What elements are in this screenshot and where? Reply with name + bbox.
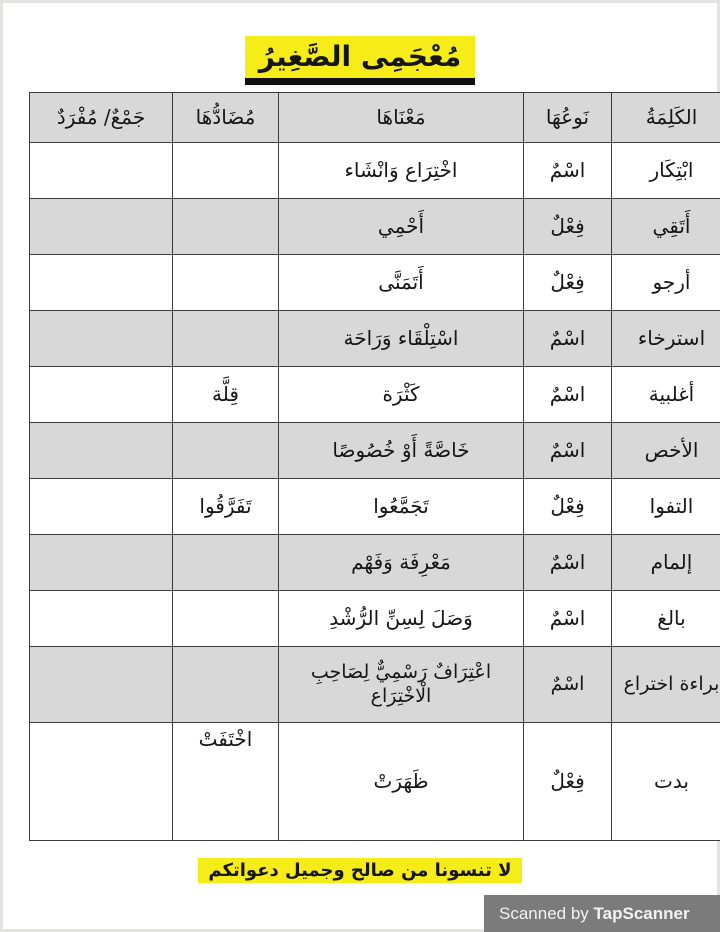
cell-meaning: تَجَمَّعُوا: [279, 479, 524, 535]
header-type: نَوعُهَا: [524, 93, 612, 143]
cell-word: بدت: [612, 723, 720, 841]
table-row: براءة اختراع اسْمٌ اعْتِرَافٌ رَسْمِيٌّ …: [30, 647, 720, 723]
table-header: الكَلِمَةُ نَوعُهَا مَعْنَاهَا مُضَادُّه…: [30, 93, 720, 143]
cell-type: فِعْلٌ: [524, 255, 612, 311]
cell-meaning: خَاصَّةً أَوْ خُصُوصًا: [279, 423, 524, 479]
cell-type: اسْمٌ: [524, 535, 612, 591]
cell-antonym: تَفَرَّقُوا: [173, 479, 279, 535]
cell-meaning: اخْتِرَاع وَانْشَاء: [279, 143, 524, 199]
cell-meaning: اسْتِلْقَاء وَرَاحَة: [279, 311, 524, 367]
table-row: أرجو فِعْلٌ أَتَمَنَّى: [30, 255, 720, 311]
header-row: الكَلِمَةُ نَوعُهَا مَعْنَاهَا مُضَادُّه…: [30, 93, 720, 143]
cell-plural: [30, 479, 173, 535]
cell-antonym: [173, 199, 279, 255]
scanner-watermark-brand: TapScanner: [594, 904, 690, 923]
cell-plural: [30, 311, 173, 367]
scanner-watermark: Scanned by TapScanner: [484, 895, 720, 932]
cell-word: ابْتِكَار: [612, 143, 720, 199]
cell-antonym: [173, 255, 279, 311]
cell-plural: [30, 423, 173, 479]
footer-area: لا تنسونا من صالح وجميل دعواتكم: [0, 858, 720, 883]
cell-word: براءة اختراع: [612, 647, 720, 723]
cell-meaning: وَصَلَ لِسِنِّ الرُّشْدِ: [279, 591, 524, 647]
cell-type: اسْمٌ: [524, 311, 612, 367]
cell-type: اسْمٌ: [524, 143, 612, 199]
cell-word: التفوا: [612, 479, 720, 535]
table-row: ابْتِكَار اسْمٌ اخْتِرَاع وَانْشَاء: [30, 143, 720, 199]
cell-antonym: [173, 311, 279, 367]
cell-plural: [30, 143, 173, 199]
table-body: ابْتِكَار اسْمٌ اخْتِرَاع وَانْشَاء أَتَ…: [30, 143, 720, 841]
cell-word: الأخص: [612, 423, 720, 479]
cell-plural: [30, 367, 173, 423]
cell-antonym: [173, 143, 279, 199]
cell-word: أرجو: [612, 255, 720, 311]
cell-plural: [30, 535, 173, 591]
cell-word: بالغ: [612, 591, 720, 647]
cell-word: أَتَقِي: [612, 199, 720, 255]
cell-type: فِعْلٌ: [524, 723, 612, 841]
table-row: استرخاء اسْمٌ اسْتِلْقَاء وَرَاحَة: [30, 311, 720, 367]
cell-type: فِعْلٌ: [524, 479, 612, 535]
cell-plural: [30, 723, 173, 841]
page-title: مُعْجَمِى الصَّغِيرُ: [245, 36, 476, 85]
cell-meaning: أَحْمِي: [279, 199, 524, 255]
cell-type: فِعْلٌ: [524, 199, 612, 255]
cell-meaning: كَثْرَة: [279, 367, 524, 423]
cell-plural: [30, 591, 173, 647]
cell-plural: [30, 255, 173, 311]
header-meaning: مَعْنَاهَا: [279, 93, 524, 143]
table-row: بالغ اسْمٌ وَصَلَ لِسِنِّ الرُّشْدِ: [30, 591, 720, 647]
cell-meaning: مَعْرِفَة وَفَهْم: [279, 535, 524, 591]
cell-type: اسْمٌ: [524, 647, 612, 723]
cell-antonym: [173, 591, 279, 647]
header-antonym: مُضَادُّهَا: [173, 93, 279, 143]
table-row: أَتَقِي فِعْلٌ أَحْمِي: [30, 199, 720, 255]
cell-word: أغلبية: [612, 367, 720, 423]
table-row: إلمام اسْمٌ مَعْرِفَة وَفَهْم: [30, 535, 720, 591]
cell-plural: [30, 647, 173, 723]
header-word: الكَلِمَةُ: [612, 93, 720, 143]
cell-type: اسْمٌ: [524, 591, 612, 647]
cell-meaning: أَتَمَنَّى: [279, 255, 524, 311]
cell-word: إلمام: [612, 535, 720, 591]
cell-antonym: اخْتَفَتْ: [173, 723, 279, 841]
table-row: أغلبية اسْمٌ كَثْرَة قِلَّة: [30, 367, 720, 423]
cell-antonym: [173, 647, 279, 723]
table-row: الأخص اسْمٌ خَاصَّةً أَوْ خُصُوصًا: [30, 423, 720, 479]
cell-type: اسْمٌ: [524, 423, 612, 479]
cell-antonym: [173, 535, 279, 591]
footer-note: لا تنسونا من صالح وجميل دعواتكم: [198, 858, 521, 883]
cell-meaning: ظَهَرَتْ: [279, 723, 524, 841]
vocabulary-table: الكَلِمَةُ نَوعُهَا مَعْنَاهَا مُضَادُّه…: [29, 92, 720, 841]
cell-plural: [30, 199, 173, 255]
cell-type: اسْمٌ: [524, 367, 612, 423]
header-plural: جَمْعٌ/ مُفْرَدٌ: [30, 93, 173, 143]
scanned-document-page: مُعْجَمِى الصَّغِيرُ الكَلِمَةُ نَوعُهَا…: [0, 0, 720, 932]
cell-word: استرخاء: [612, 311, 720, 367]
cell-antonym: قِلَّة: [173, 367, 279, 423]
cell-meaning: اعْتِرَافٌ رَسْمِيٌّ لِصَاحِبِ الْاخْتِر…: [279, 647, 524, 723]
scanner-watermark-prefix: Scanned by: [499, 904, 594, 923]
table-row: بدت فِعْلٌ ظَهَرَتْ اخْتَفَتْ: [30, 723, 720, 841]
table-row: التفوا فِعْلٌ تَجَمَّعُوا تَفَرَّقُوا: [30, 479, 720, 535]
cell-antonym: [173, 423, 279, 479]
title-area: مُعْجَمِى الصَّغِيرُ: [0, 0, 720, 85]
